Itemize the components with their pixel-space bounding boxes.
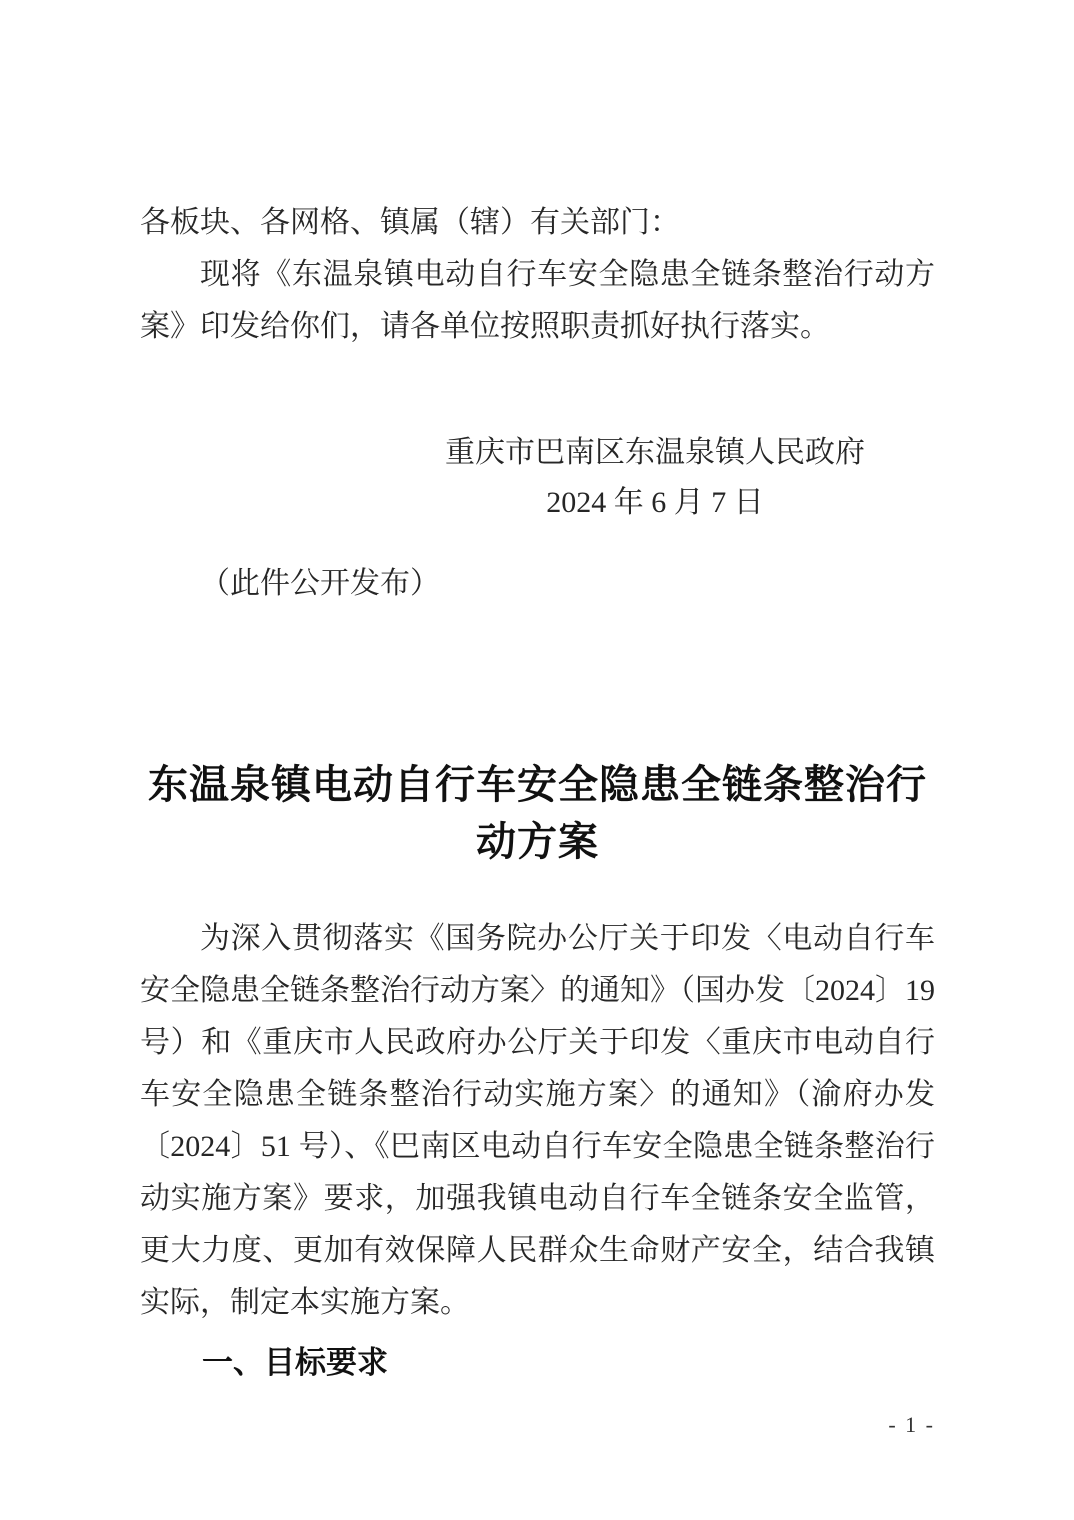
plan-intro-paragraph: 为深入贯彻落实《国务院办公厅关于印发〈电动自行车安全隐患全链条整治行动方案〉的通… [140,913,935,1329]
salutation-line: 各板块、各网格、镇属（辖）有关部门： [140,197,935,249]
page-number: - 1 - [888,1412,935,1438]
notice-body-paragraph: 现将《东温泉镇电动自行车安全隐患全链条整治行动方案》印发给你们，请各单位按照职责… [140,249,935,353]
plan-title: 东温泉镇电动自行车安全隐患全链条整治行动方案 [140,756,935,870]
section-heading-goals: 一、目标要求 [140,1337,935,1389]
issuing-authority: 重庆市巴南区东温泉镇人民政府 [445,428,865,478]
document-page: 各板块、各网格、镇属（辖）有关部门： 现将《东温泉镇电动自行车安全隐患全链条整治… [0,0,1074,1520]
issue-date: 2024 年 6 月 7 日 [445,478,865,528]
signature-block: 重庆市巴南区东温泉镇人民政府 2024 年 6 月 7 日 [445,428,865,528]
public-release-note: （此件公开发布） [140,558,935,610]
